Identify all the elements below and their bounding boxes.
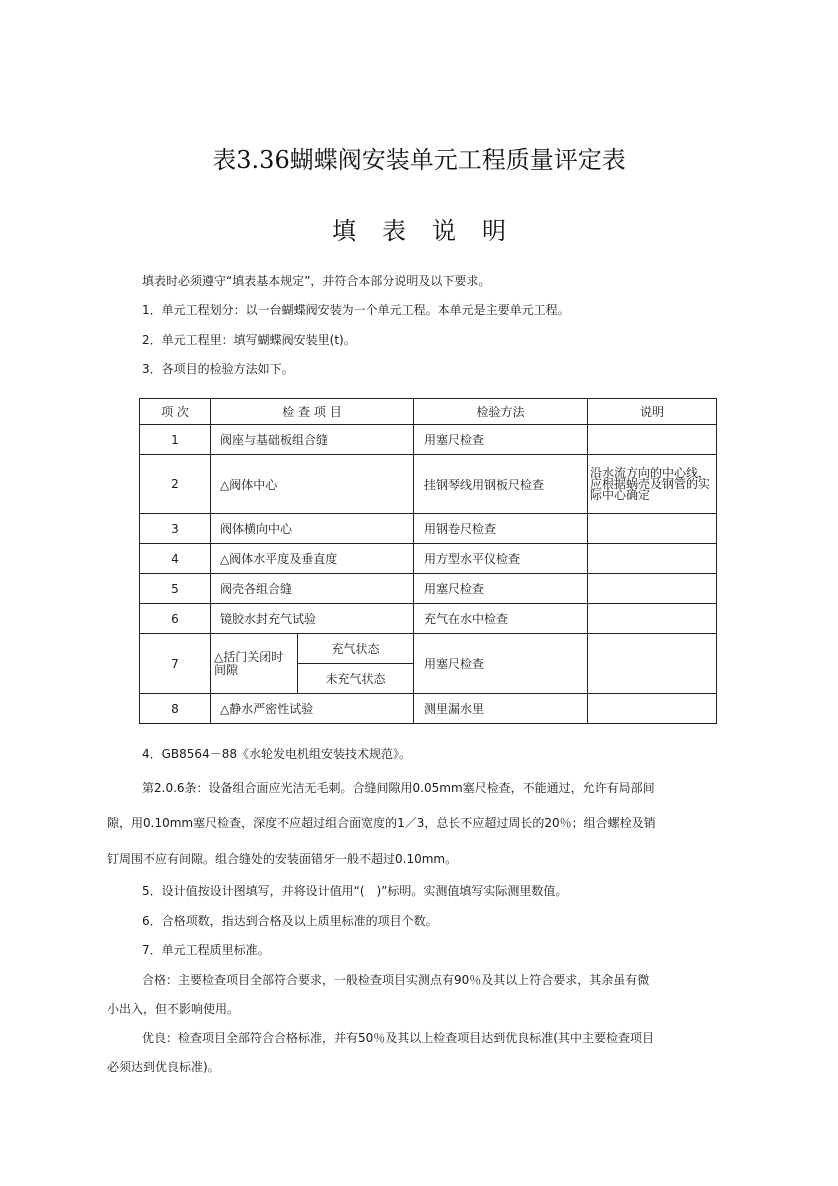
excellent-line-2: 必须达到优良标准)。: [107, 1058, 220, 1076]
clause-line-1: 第2.0.6条：设备组合面应光洁无毛刺。合缝间隙用0.05mm塞尺检查，不能通过…: [142, 779, 655, 797]
row-note: [588, 574, 717, 604]
instruction-item-3: 3．各项目的检验方法如下。: [142, 360, 294, 378]
table-row: 7 △括门关闭时间隙 充气状态 用塞尺检查: [140, 634, 717, 664]
header-method: 检验方法: [414, 399, 588, 425]
qualified-line-2: 小出入，但不影响使用。: [107, 1000, 239, 1018]
row-item: △括门关闭时间隙: [211, 634, 298, 694]
row-sub-item: 未充气状态: [298, 664, 414, 694]
row-method: 测里漏水里: [414, 694, 588, 724]
table-row: 1 阀座与基础板组合缝 用塞尺检查: [140, 425, 717, 455]
page-title: 表3.36蝴蝶阀安装单元工程质量评定表: [0, 144, 838, 176]
row-item: △阀体中心: [211, 455, 414, 514]
row-item: 阀座与基础板组合缝: [211, 425, 414, 455]
instruction-item-2: 2．单元工程里：填写蝴蝶阀安装里(t)。: [142, 331, 356, 349]
row-index: 4: [140, 544, 211, 574]
row-index: 1: [140, 425, 211, 455]
clause-line-2: 隙，用0.10mm塞尺检查，深度不应超过组合面宽度的1／3，总长不应超过周长的2…: [107, 814, 656, 832]
table-row: 8 △静水严密性试验 测里漏水里: [140, 694, 717, 724]
row-index: 8: [140, 694, 211, 724]
instruction-item-5: 5．设计值按设计图填写，并将设计值用“( )”标明。实测值填写实际测里数值。: [142, 882, 567, 900]
table-row: 4 △阀体水平度及垂直度 用方型水平仪检查: [140, 544, 717, 574]
instruction-item-4: 4．GB8564－88《水轮发电机组安装技术规范》。: [142, 745, 411, 763]
row-note: [588, 694, 717, 724]
intro-text: 填表时必须遵守“填表基本规定”，并符合本部分说明及以下要求。: [142, 272, 490, 290]
table-row: 6 镜胶水封充气试验 充气在水中检查: [140, 604, 717, 634]
table-row: 3 阀体横向中心 用钢卷尺检查: [140, 514, 717, 544]
header-item: 检 查 项 目: [211, 399, 414, 425]
row-index: 6: [140, 604, 211, 634]
table-header-row: 项 次 检 查 项 目 检验方法 说明: [140, 399, 717, 425]
row-method: 用塞尺检查: [414, 574, 588, 604]
row-method: 用钢卷尺检查: [414, 514, 588, 544]
row-method: 用方型水平仪检查: [414, 544, 588, 574]
instruction-item-7: 7．单元工程质里标准。: [142, 941, 270, 959]
row-item: △阀体水平度及垂直度: [211, 544, 414, 574]
row-item: △静水严密性试验: [211, 694, 414, 724]
row-index: 7: [140, 634, 211, 694]
inspection-method-table: 项 次 检 查 项 目 检验方法 说明 1 阀座与基础板组合缝 用塞尺检查 2 …: [139, 398, 717, 724]
table-row: 5 阀壳各组合缝 用塞尺检查: [140, 574, 717, 604]
table-row: 2 △阀体中心 挂钢琴线用钢板尺检查 沿水流方向的中心线，应根据蜗壳及钢管的实际…: [140, 455, 717, 514]
row-note: [588, 544, 717, 574]
clause-line-3: 钉周围不应有间隙。组合缝处的安装面错牙一般不超过0.10mm。: [107, 850, 457, 868]
row-item: 阀壳各组合缝: [211, 574, 414, 604]
header-note: 说明: [588, 399, 717, 425]
row-method: 挂钢琴线用钢板尺检查: [414, 455, 588, 514]
row-sub-item: 充气状态: [298, 634, 414, 664]
row-item-text: △括门关闭时间隙: [214, 651, 292, 677]
excellent-line-1: 优良：检查项目全部符合合格标准，并有50％及其以上检查项目达到优良标准(其中主要…: [142, 1029, 654, 1047]
row-method: 用塞尺检查: [414, 425, 588, 455]
row-index: 5: [140, 574, 211, 604]
section-title: 填表说明: [0, 214, 838, 248]
row-item: 阀体横向中心: [211, 514, 414, 544]
row-note: [588, 425, 717, 455]
instruction-item-1: 1．单元工程划分：以一台蝴蝶阀安装为一个单元工程。本单元是主要单元工程。: [142, 301, 570, 319]
row-index: 3: [140, 514, 211, 544]
row-item: 镜胶水封充气试验: [211, 604, 414, 634]
instruction-item-6: 6．合格项数，指达到合格及以上质里标准的项目个数。: [142, 912, 438, 930]
row-index: 2: [140, 455, 211, 514]
row-note-text: 沿水流方向的中心线，应根据蜗壳及钢管的实际中心确定: [590, 468, 716, 501]
row-note: [588, 634, 717, 694]
row-method: 充气在水中检查: [414, 604, 588, 634]
qualified-line-1: 合格：主要检查项目全部符合要求，一般检查项目实测点有90％及其以上符合要求，其余…: [142, 971, 649, 989]
row-method: 用塞尺检查: [414, 634, 588, 694]
row-note: [588, 514, 717, 544]
row-note: 沿水流方向的中心线，应根据蜗壳及钢管的实际中心确定: [588, 455, 717, 514]
row-note: [588, 604, 717, 634]
header-index: 项 次: [140, 399, 211, 425]
